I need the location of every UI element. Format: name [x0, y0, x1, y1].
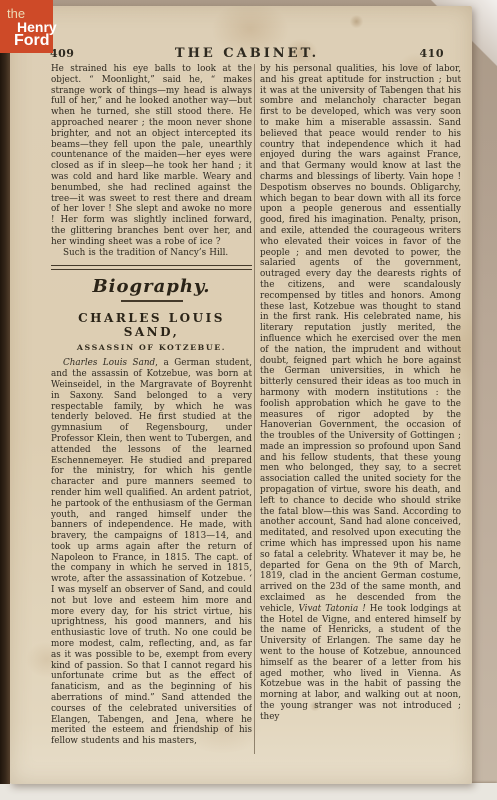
article-body-right: by his personal qualities, his love of l… — [260, 64, 461, 723]
article-lead-italic: Charles Louis Sand — [63, 358, 155, 368]
right-column: by his personal qualities, his love of l… — [260, 64, 461, 770]
book-spine-edge — [0, 0, 10, 784]
page-number-right: 410 — [420, 47, 444, 60]
document-page: 409 THE CABINET. 410 He strained his eye… — [10, 6, 472, 784]
article-body-right-text-end: He took lodgings at the Hotel de Vigne, … — [260, 604, 461, 722]
scan-mat-bottom — [0, 783, 497, 800]
logo-word-ford: Ford — [14, 33, 50, 49]
tradition-line: Such is the tradition of Nancy’s Hill. — [51, 248, 252, 259]
article-body-left: Charles Louis Sand, a German student, an… — [51, 358, 252, 747]
section-divider-rule — [51, 265, 252, 270]
heading-rule — [121, 300, 183, 302]
henry-ford-logo: the Henry Ford — [0, 0, 53, 53]
latin-exclamation-italic: Vivat Tatonia ! — [298, 604, 365, 614]
article-subtitle: ASSASSIN OF KOTZEBUE. — [51, 343, 252, 352]
article-body-left-text: , a German student, and the assassin of … — [51, 358, 252, 746]
page-number-left: 409 — [50, 47, 74, 60]
article-body-right-text: by his personal qualities, his love of l… — [260, 64, 461, 614]
column-divider — [254, 64, 255, 754]
section-heading: Biography. — [51, 276, 252, 297]
running-title: THE CABINET. — [74, 46, 419, 61]
article-title: CHARLES LOUIS SAND, — [51, 311, 252, 339]
left-column: He strained his eye balls to look at the… — [51, 64, 252, 758]
story-continuation-text: He strained his eye balls to look at the… — [51, 64, 252, 248]
page-header: 409 THE CABINET. 410 — [50, 46, 444, 61]
